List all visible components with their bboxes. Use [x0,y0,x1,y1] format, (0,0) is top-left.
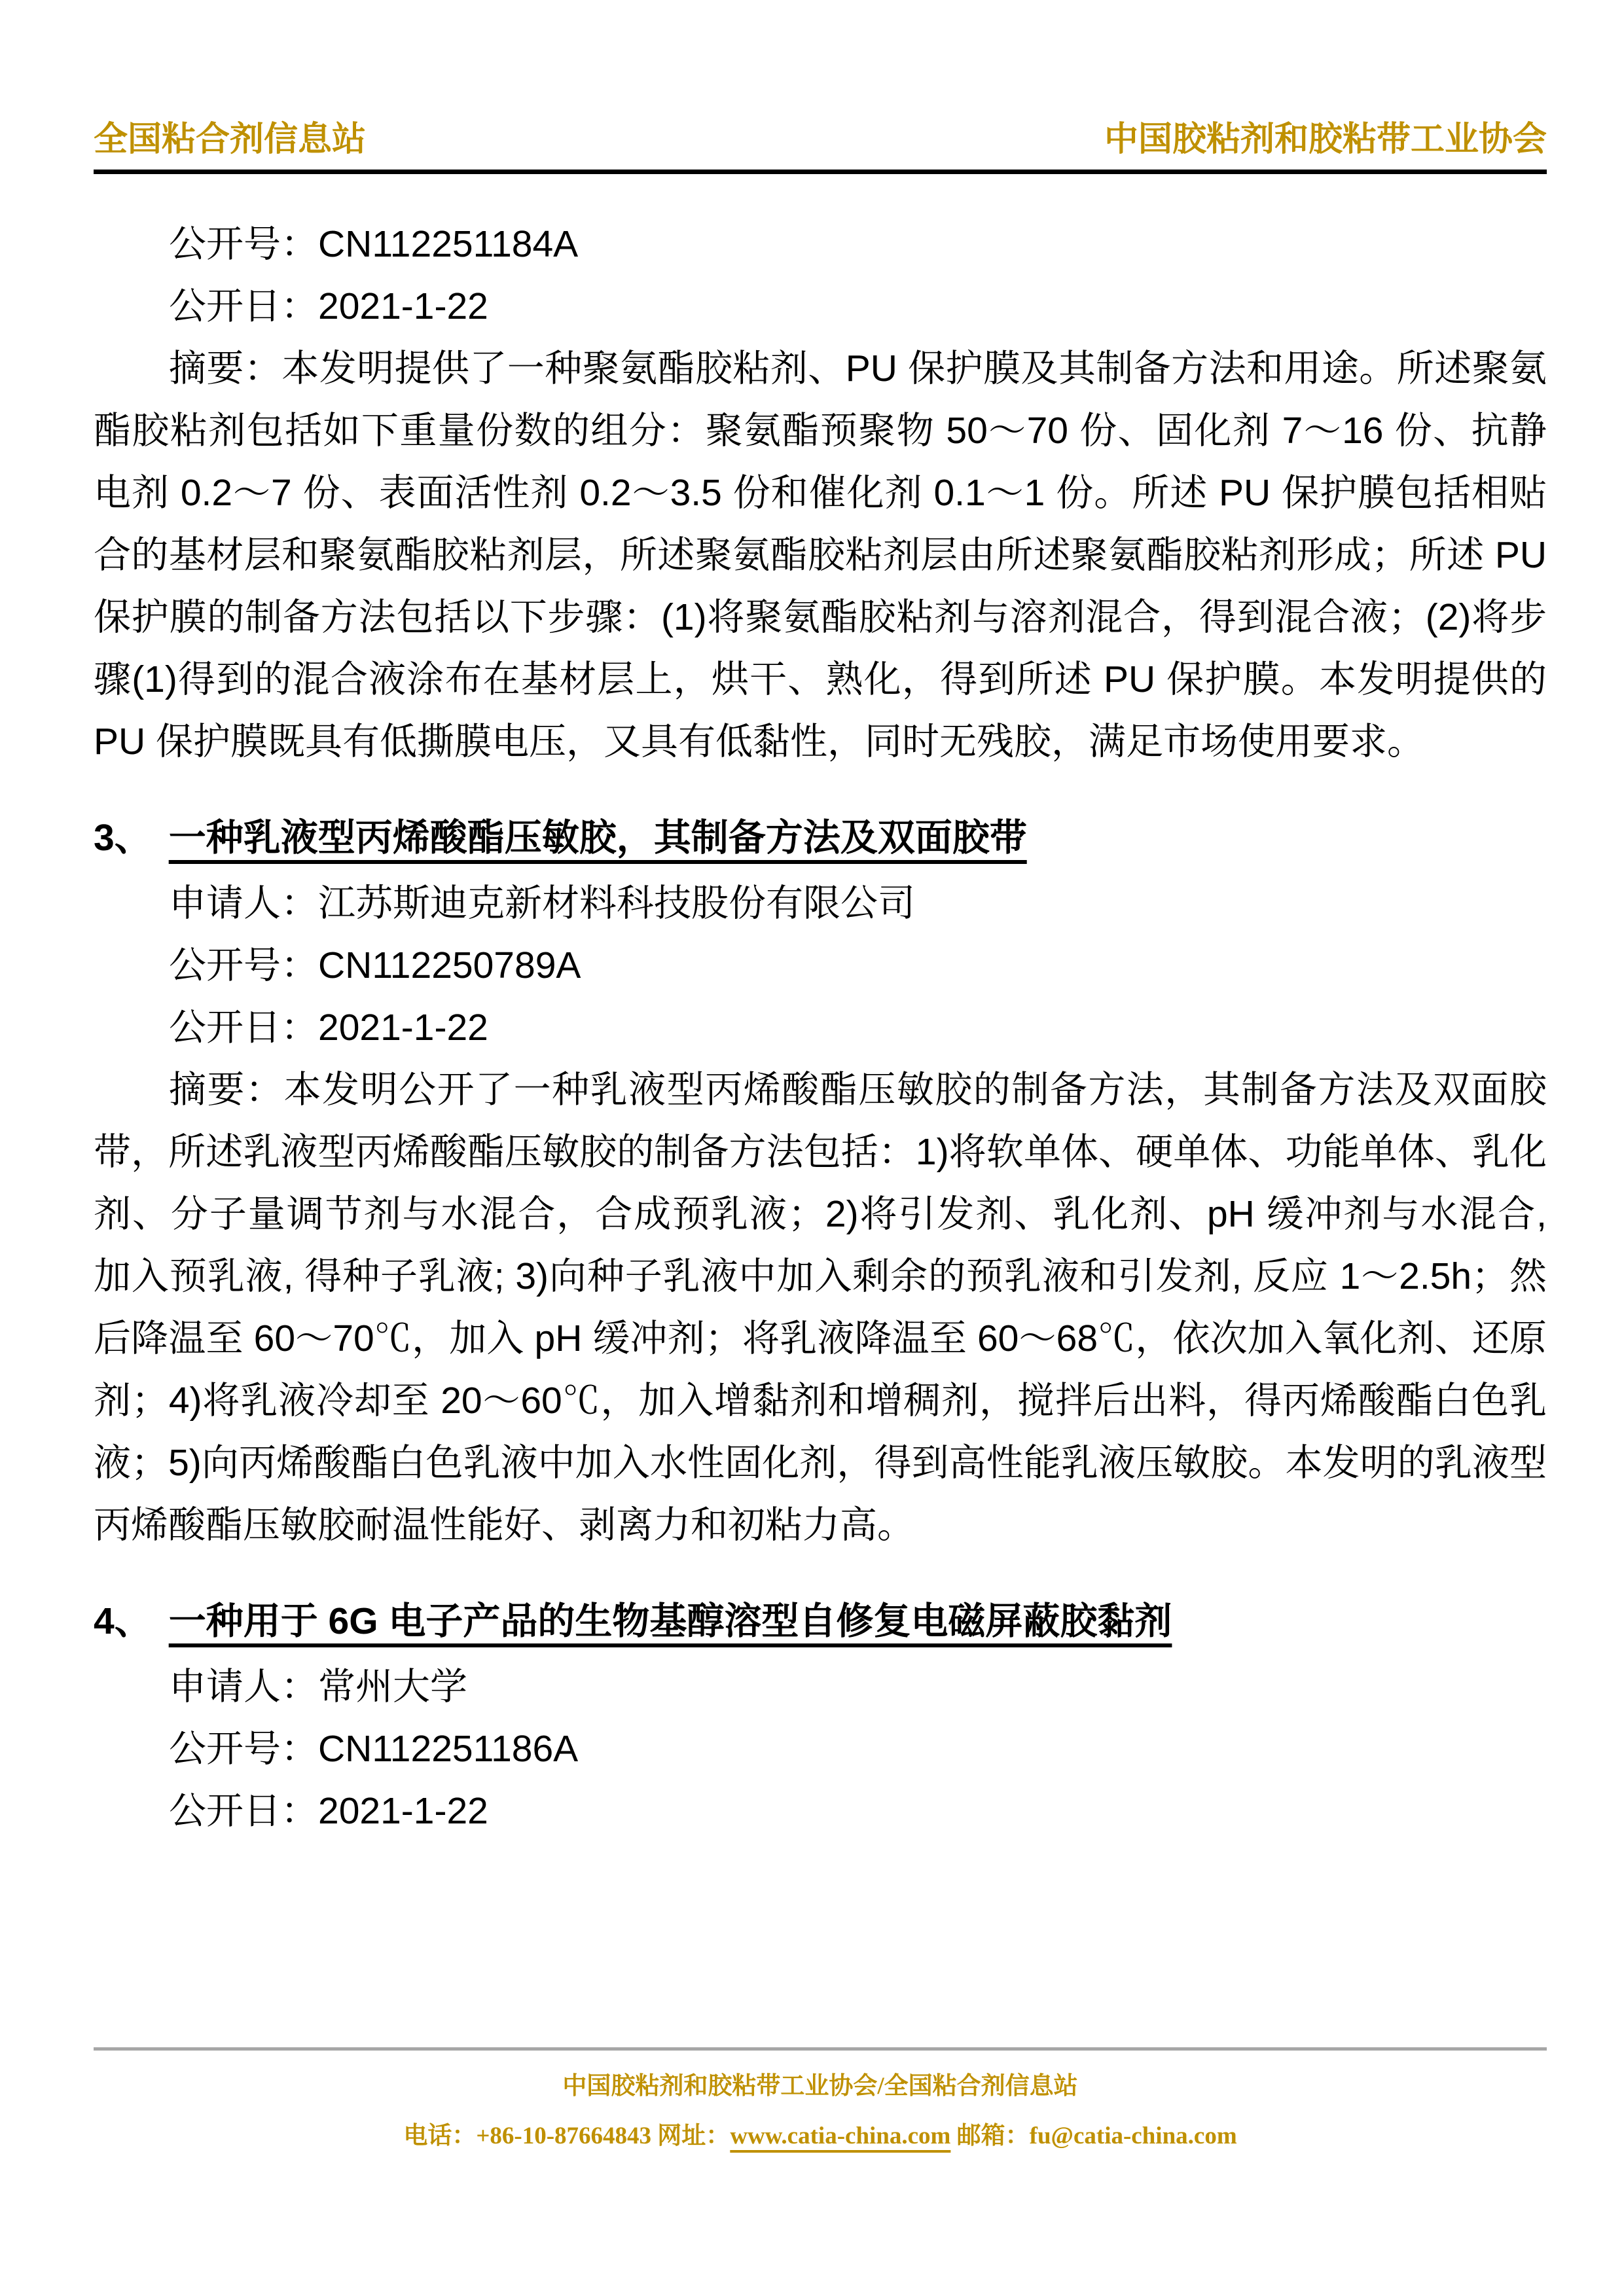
entry3-applicant: 申请人：江苏斯迪克新材料科技股份有限公司 [94,872,1547,935]
document-page: 全国粘合剂信息站 中国胶粘剂和胶粘带工业协会 公开号：CN112251184A … [0,0,1624,2296]
entry2-pub-number: 公开号：CN112251184A [94,213,1547,276]
entry3-heading: 3、一种乳液型丙烯酸酯压敏胶，其制备方法及双面胶带 [94,807,1547,869]
entry4-applicant: 申请人：常州大学 [94,1656,1547,1718]
entry2-pub-date: 公开日：2021-1-22 [94,276,1547,338]
entry2-abstract: 摘要：本发明提供了一种聚氨酯胶粘剂、PU 保护膜及其制备方法和用途。所述聚氨酯胶… [94,338,1547,773]
footer-contact-line: 电话：+86-10-87664843 网址：www.catia-china.co… [94,2121,1547,2151]
entry4-heading: 4、一种用于 6G 电子产品的生物基醇溶型自修复电磁屏蔽胶黏剂 [94,1590,1547,1653]
footer-website-link[interactable]: www.catia-china.com [730,2123,950,2149]
header-right-title: 中国胶粘剂和胶粘带工业协会 [1104,111,1547,160]
document-body: 公开号：CN112251184A 公开日：2021-1-22 摘要：本发明提供了… [94,213,1547,1842]
footer-org-line: 中国胶粘剂和胶粘带工业协会/全国粘合剂信息站 [94,2072,1547,2102]
entry3-pub-date: 公开日：2021-1-22 [94,997,1547,1059]
page-footer: 中国胶粘剂和胶粘带工业协会/全国粘合剂信息站 电话：+86-10-8766484… [94,2047,1547,2152]
entry4-pub-date: 公开日：2021-1-22 [94,1780,1547,1842]
page-header: 全国粘合剂信息站 中国胶粘剂和胶粘带工业协会 [94,111,1547,174]
entry3-pub-number: 公开号：CN112250789A [94,935,1547,997]
entry3-number: 3、 [94,817,152,859]
footer-divider [94,2047,1547,2051]
entry3-title: 一种乳液型丙烯酸酯压敏胶，其制备方法及双面胶带 [169,817,1027,859]
entry4-pub-number: 公开号：CN112251186A [94,1718,1547,1780]
entry3-abstract: 摘要：本发明公开了一种乳液型丙烯酸酯压敏胶的制备方法，其制备方法及双面胶带，所述… [94,1059,1547,1556]
footer-phone-and-web-label: 电话：+86-10-87664843 网址： [403,2123,730,2149]
entry4-number: 4、 [94,1600,152,1642]
entry4-title: 一种用于 6G 电子产品的生物基醇溶型自修复电磁屏蔽胶黏剂 [169,1600,1172,1642]
content-area: 全国粘合剂信息站 中国胶粘剂和胶粘带工业协会 公开号：CN112251184A … [0,0,1624,1842]
header-left-title: 全国粘合剂信息站 [94,111,366,160]
footer-email: 邮箱：fu@catia-china.com [950,2123,1236,2149]
